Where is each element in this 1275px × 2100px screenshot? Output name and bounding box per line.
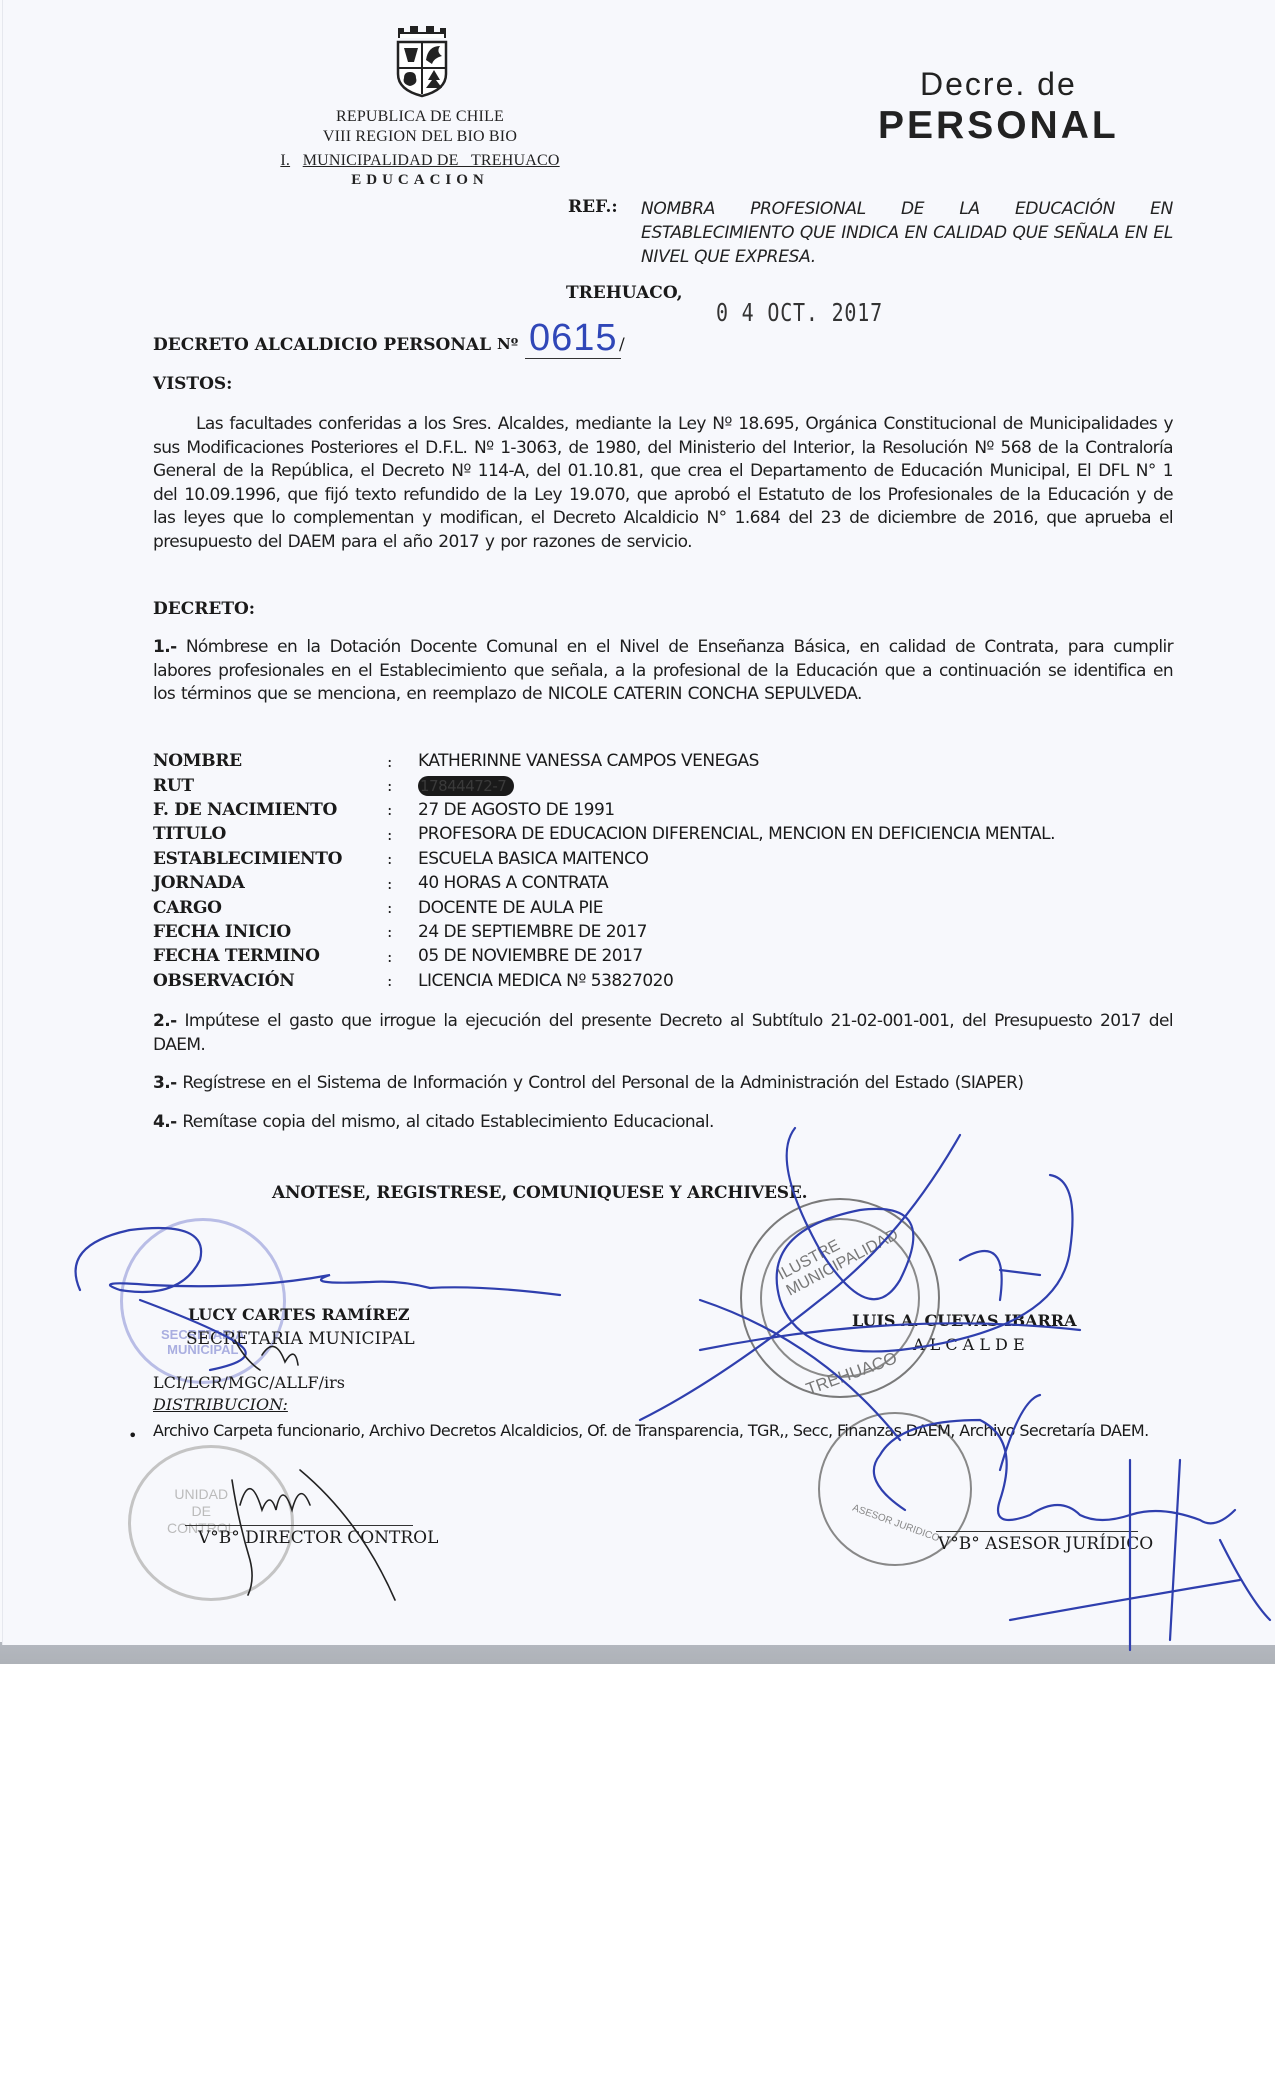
detail-label: JORNADA [153,873,387,893]
detail-row: TITULO:PROFESORA DE EDUCACION DIFERENCIA… [153,822,1055,846]
decreto-heading: DECRETO: [153,599,255,619]
detail-row: CARGO:DOCENTE DE AULA PIE [153,895,1055,919]
detail-separator: : [387,800,418,819]
detail-row: JORNADA:40 HORAS A CONTRATA [153,871,1055,895]
detail-row: NOMBRE:KATHERINNE VANESSA CAMPOS VENEGAS [153,749,1055,773]
detail-label: FECHA INICIO [153,922,387,942]
doc-type-title: PERSONAL [878,104,1119,148]
detail-separator: : [387,922,418,941]
decreto-item-2: 2.- Impútese el gasto que irrogue la eje… [153,1010,1173,1057]
detail-separator: : [387,776,418,795]
detail-separator: : [387,898,418,917]
doc-type-label: Decre. de [920,66,1077,103]
detail-row: F. DE NACIMIENTO:27 DE AGOSTO DE 1991 [153,798,1055,822]
decreto-item-3: 3.- Regístrese en el Sistema de Informac… [153,1072,1173,1096]
date-stamp: 0 4 OCT. 2017 [716,298,883,327]
detail-row: OBSERVACIÓN:LICENCIA MEDICA Nº 53827020 [153,969,1055,993]
distribution-bullet: • [128,1426,137,1445]
item-number: 4.- [153,1112,177,1132]
decree-number-suffix: / [619,335,625,355]
detail-label: CARGO [153,898,387,918]
header-municipality: I. MUNICIPALIDAD DE TREHUACO [250,152,590,170]
mayor-stamp: TREHUACO ILUSTRE MUNICIPALIDAD [740,1198,940,1398]
decreto-item-4: 4.- Remítase copia del mismo, al citado … [153,1111,1173,1135]
detail-value: 40 HORAS A CONTRATA [418,873,608,893]
distribution-heading: DISTRIBUCION: [153,1395,288,1414]
detail-value: PROFESORA DE EDUCACION DIFERENCIAL, MENC… [418,824,1055,844]
vistos-heading: VISTOS: [153,374,232,394]
header-municipality-name: MUNICIPALIDAD DE TREHUACO [303,152,560,169]
detail-label: OBSERVACIÓN [153,971,387,991]
detail-row: RUT:17844472-7 [153,773,1055,797]
control-stamp-text-2: DE [192,1503,211,1519]
decree-number-label: Nº [497,335,518,353]
header-region: VIII REGION DEL BIO BIO [250,128,590,146]
mayor-name: LUIS A. CUEVAS IBARRA [852,1311,1077,1330]
detail-row: FECHA TERMINO:05 DE NOVIEMBRE DE 2017 [153,944,1055,968]
detail-label: F. DE NACIMIENTO [153,800,387,820]
detail-separator: : [387,752,418,771]
header-municipality-prefix: I. [280,152,290,169]
place-label: TREHUACO, [566,283,683,303]
vistos-paragraph: Las facultades conferidas a los Sres. Al… [153,413,1173,554]
secretary-name: LUCY CARTES RAMÍREZ [188,1305,410,1324]
detail-value: DOCENTE DE AULA PIE [418,898,603,918]
detail-label: ESTABLECIMIENTO [153,849,387,869]
control-stamp: UNIDAD DE CONTROL [128,1445,294,1601]
item-text: Remítase copia del mismo, al citado Esta… [182,1112,713,1132]
item-number: 3.- [153,1073,177,1093]
legal-signature-line [936,1531,1138,1532]
detail-value-redacted: 17844472-7 [418,776,514,796]
detail-separator: : [387,825,418,844]
ref-text: NOMBRA PROFESIONAL DE LA EDUCACIÓN EN ES… [641,197,1173,269]
initials-reference: LCI/LCR/MGC/ALLF/irs [153,1373,345,1392]
item-number: 2.- [153,1011,177,1031]
item-text: Regístrese en el Sistema de Información … [182,1073,1023,1093]
control-signature-line [185,1525,413,1526]
detail-value: 27 DE AGOSTO DE 1991 [418,800,615,820]
detail-label: RUT [153,776,387,796]
decree-number-handwritten: 0615 [525,318,621,359]
item-text: Impútese el gasto que irrogue la ejecuci… [153,1011,1173,1055]
scan-bottom-edge [0,1642,1275,1664]
header-department: EDUCACION [250,172,590,189]
closing-formula: ANOTESE, REGISTRESE, COMUNIQUESE Y ARCHI… [272,1183,807,1203]
item-number: 1.- [153,637,177,657]
control-stamp-text-1: UNIDAD [174,1486,228,1502]
decreto-item-1: 1.- Nómbrese en la Dotación Docente Comu… [153,636,1173,707]
mayor-role: A L C A L D E [913,1335,1025,1354]
control-role: V°B° DIRECTOR CONTROL [198,1528,438,1548]
decree-title: DECRETO ALCALDICIO PERSONAL [153,335,491,355]
distribution-list: Archivo Carpeta funcionario, Archivo Dec… [153,1420,1173,1441]
legal-stamp-text: ASESOR JURIDICO [851,1503,941,1545]
appointee-details-table: NOMBRE:KATHERINNE VANESSA CAMPOS VENEGAS… [153,749,1055,993]
detail-value: 24 DE SEPTIEMBRE DE 2017 [418,922,647,942]
detail-row: ESTABLECIMIENTO:ESCUELA BASICA MAITENCO [153,847,1055,871]
detail-value: KATHERINNE VANESSA CAMPOS VENEGAS [418,751,759,771]
ref-label: REF.: [568,197,618,217]
detail-separator: : [387,971,418,990]
detail-value: 05 DE NOVIEMBRE DE 2017 [418,946,643,966]
detail-label: FECHA TERMINO [153,946,387,966]
redaction-mark: 17844472-7 [418,776,514,796]
legal-role: V°B° ASESOR JURÍDICO [938,1534,1153,1554]
detail-value: ESCUELA BASICA MAITENCO [418,849,648,869]
detail-value: LICENCIA MEDICA Nº 53827020 [418,971,673,991]
secretary-stamp: SECRETARIA MUNICIPAL [120,1218,286,1384]
header-country: REPUBLICA DE CHILE [250,108,590,126]
detail-label: NOMBRE [153,751,387,771]
secretary-role: SECRETARIA MUNICIPAL [186,1329,415,1349]
detail-separator: : [387,849,418,868]
detail-separator: : [387,947,418,966]
item-text: Nómbrese en la Dotación Docente Comunal … [153,637,1173,704]
detail-separator: : [387,874,418,893]
detail-row: FECHA INICIO:24 DE SEPTIEMBRE DE 2017 [153,920,1055,944]
coat-of-arms-icon [392,22,452,98]
detail-label: TITULO [153,824,387,844]
